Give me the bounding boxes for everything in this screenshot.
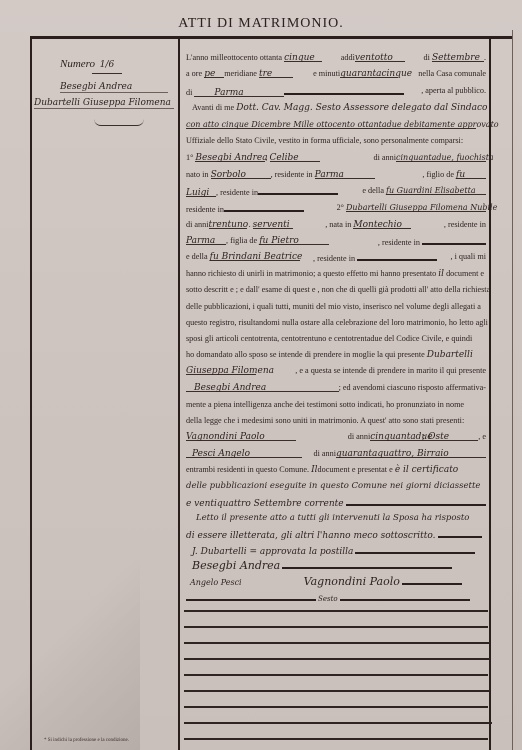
footnote: * Si indichi la professione e la condizi… [44, 738, 129, 743]
text-line: e della fu Brindani Beatrice , residente… [186, 252, 486, 264]
text-line: sposi gli articoli centotrenta, centotre… [186, 334, 486, 344]
register-page: ATTI DI MATRIMONIO. Numero 1/6 Besegbi A… [0, 0, 522, 750]
blank-rule [184, 658, 490, 660]
text-line: di essere illetterata, gli altri l'hanno… [186, 529, 486, 541]
text-line: di annitrentuno . serventi , nata in Mon… [186, 220, 486, 230]
numero-value: 1/6 [100, 60, 114, 70]
top-border [30, 36, 512, 39]
text-line: con atto cinque Dicembre Mille ottocento… [186, 120, 486, 130]
officer-signature: Sesto [318, 595, 338, 603]
blank-rule [184, 738, 488, 740]
text-line: Luigi, residente in e della fu Guardini … [186, 186, 486, 198]
page-title: ATTI DI MATRIMONIO. [0, 16, 522, 32]
text-line: mente a piena intelligenza anche dei tes… [186, 400, 486, 410]
text-line: della legge che i medesimi sono uniti in… [186, 416, 486, 426]
groom-name-margin: Besegbi Andrea [60, 82, 168, 93]
text-line: Pesci Angelo di anniquarantaquattro, Bir… [186, 449, 486, 459]
bride-name-margin: Dubartelli Giuseppa Filomena [34, 98, 174, 109]
blank-rule [184, 610, 488, 612]
groom-signature: Besegbi Andrea [192, 559, 280, 572]
text-line: L'anno milleottocento ottanta cinque add… [186, 53, 486, 63]
blank-rule [184, 674, 488, 676]
page-edge [512, 30, 513, 750]
flourish-divider [92, 73, 122, 74]
text-line: Giuseppa Filomena , e a questa se intend… [186, 366, 486, 376]
page-shadow [0, 560, 140, 750]
text-line: delle pubblicazioni, i quali tutti, muni… [186, 302, 486, 312]
text-line: Vagnondini Paolo di annicinquantadue; Os… [186, 432, 486, 442]
text-line: 1° Besegbi Andrea, Celibe di annicinquan… [186, 153, 486, 163]
column-divider [178, 38, 180, 750]
blank-rule [184, 722, 492, 724]
text-line: sotto descritt e ; e dall' esame di ques… [186, 285, 486, 295]
act-number: Numero 1/6 [60, 58, 114, 70]
text-line: entrambi residenti in questo Comune. Ild… [186, 465, 486, 475]
signature-line: Angelo Pesci Vagnondini Paolo [186, 576, 486, 588]
blank-rule [184, 642, 490, 644]
text-line: Besegbi Andrea ; ed avendomi ciascuno ri… [186, 383, 486, 393]
text-line: delle pubblicazioni eseguite in questo C… [186, 481, 486, 491]
text-line: Letto il presente atto a tutti gli inter… [186, 513, 486, 523]
witness-signature: Angelo Pesci [190, 578, 242, 587]
flourish-underline [94, 119, 144, 126]
text-line: e ventiquattro Settembre corrente [186, 497, 486, 509]
text-line: hanno richiesto di unirli in matrimonio;… [186, 269, 486, 279]
blank-rule [184, 690, 490, 692]
left-border [30, 36, 32, 750]
signature-line: Sesto [186, 592, 486, 604]
numero-label: Numero [60, 58, 95, 70]
text-line: residente in 2° Dubartelli Giuseppa Filo… [186, 203, 486, 215]
text-line: ho domandato allo sposo se intende di pr… [186, 350, 486, 360]
text-line: Uffiziale dello Stato Civile, vestito in… [186, 136, 486, 146]
text-line: Avanti di me Dott. Cav. Magg. Sesto Asse… [186, 103, 486, 113]
text-line: di Parma , aperta al pubblico. [186, 86, 486, 98]
text-line: nato in Sorbolo, residente in Parma , fi… [186, 170, 486, 180]
witness-signature: Vagnondini Paolo [304, 575, 400, 588]
text-line: Parma, figlia de fu Pietro , residente i… [186, 236, 486, 248]
signature-line: Besegbi Andrea [186, 560, 486, 572]
blank-rule [184, 626, 488, 628]
text-line: questo registro, risultandomi nulla osta… [186, 318, 486, 328]
text-line: a ore pemeridiane tre e minutiquarantaci… [186, 69, 486, 79]
text-line: J. Dubartelli = approvata la postilla [186, 545, 486, 557]
blank-rule [184, 706, 488, 708]
